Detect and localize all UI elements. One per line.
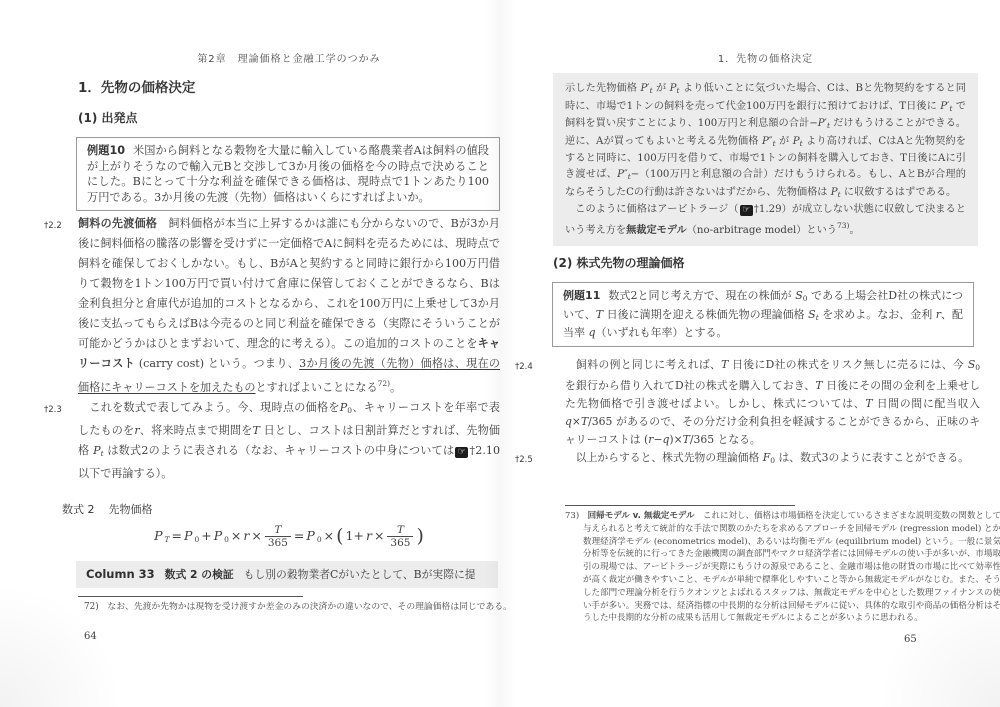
paragraph-2-3: †2.3 これを数式で表してみよう。今、現時点の価格をP0、キャリーコストを年率…	[78, 398, 500, 484]
footnote-72: 72) なお、先渡か先物かは現物を受け渡すか差金のみの決済かの違いなので、その理…	[84, 601, 514, 614]
equation-2-formula: PT=P0+P0×r×T365=P0×(1+r×T365)	[78, 524, 500, 549]
column-33-box: Column 33数式 2 の検証もし別の穀物業者Cがいたとして、Bが実際に提	[76, 561, 498, 588]
example-11-body: 数式2と同じ考え方で、現在の株価が S0 である上場会社D社の株式について、T …	[563, 289, 963, 339]
paragraph-2-4-text: 飼料の例と同じに考えれば、T 日後にD社の株式をリスク無しに売るには、今 S0 …	[565, 358, 980, 446]
footnote-73: 73) 回帰モデル v. 無裁定モデル これに対し、価格は市場価格を決定している…	[565, 510, 1000, 625]
paragraph-2-3-marker: †2.3	[44, 400, 62, 420]
footnote-rule-left	[78, 596, 303, 597]
subsection-heading-1: (1) 出発点	[78, 109, 138, 126]
column-33-continuation-para1: 示した先物価格 P′t が Pt より低いことに気づいた場合、Cは、Bと先物契約…	[565, 81, 966, 202]
example-box-10: 例題10米国から飼料となる穀物を大量に輸入している酪農業者Aは飼料の値段が上がり…	[76, 137, 500, 211]
paragraph-2-5: †2.5 以上からすると、株式先物の理論価格 F0 は、数式3のように表すことが…	[565, 449, 980, 470]
column-33-continuation-box: 示した先物価格 P′t が Pt より低いことに気づいた場合、Cは、Bと先物契約…	[553, 73, 978, 246]
example-10-label: 例題10	[87, 144, 125, 157]
left-body: †2.2飼料の先渡価格 飼料価格が本当に上昇するかは誰にも分からないので、Bが3…	[78, 214, 500, 484]
equation-2-title: 先物価格	[109, 503, 153, 516]
paragraph-2-5-text: 以上からすると、株式先物の理論価格 F0 は、数式3のように表すことができる。	[565, 451, 969, 464]
example-11-label: 例題11	[563, 289, 600, 302]
column-33-text: もし別の穀物業者Cがいたとして、Bが実際に提	[244, 568, 476, 581]
equation-2-caption: 数式 2先物価格	[62, 501, 153, 517]
example-10-body: 米国から飼料となる穀物を大量に輸入している酪農業者Aは飼料の値段が上がりそうなの…	[87, 144, 489, 204]
paragraph-2-2-marker: †2.2	[44, 216, 62, 236]
example-box-11: 例題11数式2と同じ考え方で、現在の株価が S0 である上場会社D社の株式につい…	[552, 282, 974, 347]
page-number-left: 64	[84, 631, 97, 642]
paragraph-2-2-text: 飼料の先渡価格 飼料価格が本当に上昇するかは誰にも分からないので、Bが3か月後に…	[78, 217, 500, 394]
paragraph-2-4: †2.4 飼料の例と同じに考えれば、T 日後にD社の株式をリスク無しに売るには、…	[565, 356, 980, 449]
equation-2-number: 数式 2	[62, 503, 95, 516]
footnote-rule-right	[565, 505, 795, 506]
paragraph-2-3-text: これを数式で表してみよう。今、現時点の価格をP0、キャリーコストを年率で表したも…	[78, 401, 500, 480]
running-header-right: 1．先物の価格決定	[553, 50, 978, 65]
page-number-right: 65	[904, 634, 917, 645]
right-body: †2.4 飼料の例と同じに考えれば、T 日後にD社の株式をリスク無しに売るには、…	[565, 356, 980, 470]
page-left: 第2章 理論価格と金融工学のつかみ 1．先物の価格決定 (1) 出発点 例題10…	[0, 0, 500, 707]
book-spread: 第2章 理論価格と金融工学のつかみ 1．先物の価格決定 (1) 出発点 例題10…	[0, 0, 1000, 707]
paragraph-2-5-marker: †2.5	[515, 451, 533, 469]
paragraph-2-2: †2.2飼料の先渡価格 飼料価格が本当に上昇するかは誰にも分からないので、Bが3…	[78, 214, 500, 398]
column-33-label: Column 33	[86, 567, 155, 581]
running-header-left: 第2章 理論価格と金融工学のつかみ	[78, 50, 500, 65]
section-heading: 1．先物の価格決定	[78, 76, 195, 96]
page-right: 1．先物の価格決定 示した先物価格 P′t が Pt より低いことに気づいた場合…	[500, 0, 1000, 707]
column-33-title: 数式 2 の検証	[165, 568, 234, 581]
subsection-heading-2: (2) 株式先物の理論価格	[553, 254, 685, 271]
column-33-continuation-para2: このように価格はアービトラージ（☞†1.29）が成立しない状態に収斂して決まると…	[565, 202, 966, 238]
paragraph-2-4-marker: †2.4	[515, 358, 533, 376]
